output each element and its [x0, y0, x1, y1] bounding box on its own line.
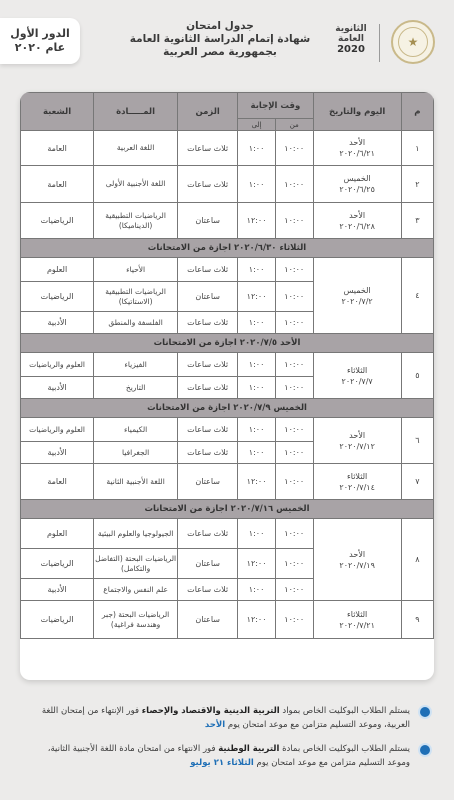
subject: الرياضيات التطبيقية (الديناميكا)	[94, 203, 178, 239]
row-num: ٩	[401, 601, 433, 639]
row-day-date: الأحد٢٠٢٠/٧/١٩	[313, 519, 401, 601]
time-from: ١٠:٠٠	[275, 353, 313, 377]
duration: ساعتان	[178, 203, 238, 239]
division: الرياضيات	[21, 549, 94, 579]
table-row: ٦ الأحد٢٠٢٠/٧/١٢ ١٠:٠٠ ١:٠٠ ثلاث ساعات ا…	[21, 418, 434, 442]
col-from: من	[275, 119, 313, 131]
time-to: ١٢:٠٠	[238, 203, 276, 239]
duration: ثلاث ساعات	[178, 377, 238, 399]
subject: التاريخ	[94, 377, 178, 399]
time-from: ١٠:٠٠	[275, 312, 313, 334]
division: العلوم	[21, 258, 94, 282]
table-row: ٤ الخميس٢٠٢٠/٧/٢ ١٠:٠٠ ١:٠٠ ثلاث ساعات ا…	[21, 258, 434, 282]
division: العامة	[21, 464, 94, 500]
row-day-date: الثلاثاء٢٠٢٠/٧/٧	[313, 353, 401, 399]
col-duration: الزمن	[178, 93, 238, 131]
time-from: ١٠:٠٠	[275, 377, 313, 399]
duration: ثلاث ساعات	[178, 166, 238, 203]
thanaweya-logo: الثانوية العامة 2020	[334, 24, 368, 56]
subject: الفيزياء	[94, 353, 178, 377]
division: الرياضيات	[21, 601, 94, 639]
row-num: ٢	[401, 166, 433, 203]
row-num: ٧	[401, 464, 433, 500]
table-row: ٨ الأحد٢٠٢٠/٧/١٩ ١٠:٠٠ ١:٠٠ ثلاث ساعات ا…	[21, 519, 434, 549]
row-day-date: الأحد٢٠٢٠/٦/٢١	[313, 131, 401, 166]
table-row: ٢ الخميس٢٠٢٠/٦/٢٥ ١٠:٠٠ ١:٠٠ ثلاث ساعات …	[21, 166, 434, 203]
col-subject: المـــــادة	[94, 93, 178, 131]
notes-section: يستلم الطلاب البوكليت الخاص بمواد التربي…	[30, 704, 430, 780]
col-division: الشعبة	[21, 93, 94, 131]
time-to: ١٢:٠٠	[238, 282, 276, 312]
eagle-icon: ★	[398, 27, 428, 57]
title-line-2: شهادة إتمام الدراسة الثانوية العامة	[120, 33, 320, 46]
time-to: ١:٠٠	[238, 131, 276, 166]
col-answer-time: وقت الإجابة	[238, 93, 313, 119]
time-to: ١:٠٠	[238, 353, 276, 377]
row-num: ٦	[401, 418, 433, 464]
duration: ثلاث ساعات	[178, 442, 238, 464]
holiday-label: الخميس ٢٠٢٠/٧/١٦ اجازة من الامتحانات	[21, 500, 434, 519]
round-label: الدور الأول	[10, 27, 70, 41]
row-day-date: الخميس٢٠٢٠/٦/٢٥	[313, 166, 401, 203]
time-to: ١:٠٠	[238, 579, 276, 601]
time-from: ١٠:٠٠	[275, 258, 313, 282]
table-row: ١ الأحد٢٠٢٠/٦/٢١ ١٠:٠٠ ١:٠٠ ثلاث ساعات ا…	[21, 131, 434, 166]
time-to: ١:٠٠	[238, 418, 276, 442]
schedule-card: م اليوم والتاريخ وقت الإجابة الزمن المــ…	[20, 92, 434, 680]
time-from: ١٠:٠٠	[275, 442, 313, 464]
col-day-date: اليوم والتاريخ	[313, 93, 401, 131]
row-day-date: الأحد٢٠٢٠/٧/١٢	[313, 418, 401, 464]
row-num: ٨	[401, 519, 433, 601]
note-text: يستلم الطلاب البوكليت الخاص بمواد التربي…	[30, 704, 410, 732]
division: الرياضيات	[21, 203, 94, 239]
time-from: ١٠:٠٠	[275, 549, 313, 579]
round-year: عام ٢٠٢٠	[15, 41, 65, 55]
division: العلوم	[21, 519, 94, 549]
table-row: ٩ الثلاثاء٢٠٢٠/٧/٢١ ١٠:٠٠ ١٢:٠٠ ساعتان ا…	[21, 601, 434, 639]
time-from: ١٠:٠٠	[275, 464, 313, 500]
subject: الجغرافيا	[94, 442, 178, 464]
holiday-label: الخميس ٢٠٢٠/٧/٩ اجازة من الامتحانات	[21, 399, 434, 418]
holiday-label: الأحد ٢٠٢٠/٧/٥ اجازة من الامتحانات	[21, 334, 434, 353]
time-from: ١٠:٠٠	[275, 601, 313, 639]
time-to: ١:٠٠	[238, 258, 276, 282]
division: العلوم والرياضيات	[21, 353, 94, 377]
row-day-date: الثلاثاء٢٠٢٠/٧/٢١	[313, 601, 401, 639]
row-day-date: الخميس٢٠٢٠/٧/٢	[313, 258, 401, 334]
page-title: جدول امتحان شهادة إتمام الدراسة الثانوية…	[120, 20, 320, 59]
time-from: ١٠:٠٠	[275, 418, 313, 442]
time-from: ١٠:٠٠	[275, 203, 313, 239]
subject: الجيولوجيا والعلوم البيئية	[94, 519, 178, 549]
division: الأدبية	[21, 312, 94, 334]
time-from: ١٠:٠٠	[275, 282, 313, 312]
bullet-icon	[420, 707, 430, 717]
duration: ساعتان	[178, 464, 238, 500]
time-to: ١:٠٠	[238, 377, 276, 399]
subject: اللغة الأجنبية الثانية	[94, 464, 178, 500]
duration: ساعتان	[178, 601, 238, 639]
duration: ثلاث ساعات	[178, 579, 238, 601]
duration: ساعتان	[178, 282, 238, 312]
row-day-date: الأحد٢٠٢٠/٦/٢٨	[313, 203, 401, 239]
exam-round-badge: الدور الأول عام ٢٠٢٠	[0, 18, 80, 64]
col-to: إلى	[238, 119, 276, 131]
subject: الرياضيات البحتة (جبر وهندسة فراغية)	[94, 601, 178, 639]
duration: ساعتان	[178, 549, 238, 579]
title-line-1: جدول امتحان	[120, 20, 320, 33]
division: الأدبية	[21, 442, 94, 464]
holiday-row: الخميس ٢٠٢٠/٧/٩ اجازة من الامتحانات	[21, 399, 434, 418]
note-item: يستلم الطلاب البوكليت الخاص بمواد التربي…	[30, 704, 430, 732]
time-to: ١:٠٠	[238, 166, 276, 203]
time-to: ١:٠٠	[238, 442, 276, 464]
ministry-seal-icon: ★	[391, 20, 435, 64]
holiday-label: الثلاثاء ٢٠٢٠/٦/٣٠ اجازة من الامتحانات	[21, 239, 434, 258]
row-num: ٣	[401, 203, 433, 239]
table-row: ٣ الأحد٢٠٢٠/٦/٢٨ ١٠:٠٠ ١٢:٠٠ ساعتان الري…	[21, 203, 434, 239]
time-from: ١٠:٠٠	[275, 131, 313, 166]
duration: ثلاث ساعات	[178, 418, 238, 442]
row-num: ١	[401, 131, 433, 166]
subject: علم النفس والاجتماع	[94, 579, 178, 601]
duration: ثلاث ساعات	[178, 258, 238, 282]
exam-schedule-table: م اليوم والتاريخ وقت الإجابة الزمن المــ…	[20, 92, 434, 639]
subject: اللغة العربية	[94, 131, 178, 166]
brand-text: الثانوية العامة	[334, 24, 368, 44]
note-item: يستلم الطلاب البوكليت الخاص بمادة التربي…	[30, 742, 430, 770]
time-from: ١٠:٠٠	[275, 166, 313, 203]
header-divider	[379, 24, 380, 62]
time-to: ١:٠٠	[238, 519, 276, 549]
note-text: يستلم الطلاب البوكليت الخاص بمادة التربي…	[30, 742, 410, 770]
duration: ثلاث ساعات	[178, 312, 238, 334]
division: الرياضيات	[21, 282, 94, 312]
division: العامة	[21, 131, 94, 166]
subject: الرياضيات التطبيقية (الاستاتيكا)	[94, 282, 178, 312]
subject: اللغة الأجنبية الأولى	[94, 166, 178, 203]
row-num: ٤	[401, 258, 433, 334]
time-to: ١٢:٠٠	[238, 549, 276, 579]
row-num: ٥	[401, 353, 433, 399]
holiday-row: الأحد ٢٠٢٠/٧/٥ اجازة من الامتحانات	[21, 334, 434, 353]
duration: ثلاث ساعات	[178, 519, 238, 549]
division: الأدبية	[21, 579, 94, 601]
bullet-icon	[420, 745, 430, 755]
time-to: ١٢:٠٠	[238, 464, 276, 500]
col-num: م	[401, 93, 433, 131]
page-header: الدور الأول عام ٢٠٢٠ جدول امتحان شهادة إ…	[0, 0, 454, 82]
duration: ثلاث ساعات	[178, 131, 238, 166]
title-line-3: بجمهورية مصر العربية	[120, 46, 320, 59]
subject: الكيمياء	[94, 418, 178, 442]
table-row: ٧ الثلاثاء٢٠٢٠/٧/١٤ ١٠:٠٠ ١٢:٠٠ ساعتان ا…	[21, 464, 434, 500]
duration: ثلاث ساعات	[178, 353, 238, 377]
holiday-row: الخميس ٢٠٢٠/٧/١٦ اجازة من الامتحانات	[21, 500, 434, 519]
brand-year: 2020	[334, 44, 368, 56]
subject: الرياضيات البحتة (التفاضل والتكامل)	[94, 549, 178, 579]
time-from: ١٠:٠٠	[275, 519, 313, 549]
subject: الفلسفة والمنطق	[94, 312, 178, 334]
time-to: ١:٠٠	[238, 312, 276, 334]
holiday-row: الثلاثاء ٢٠٢٠/٦/٣٠ اجازة من الامتحانات	[21, 239, 434, 258]
time-to: ١٢:٠٠	[238, 601, 276, 639]
division: الأدبية	[21, 377, 94, 399]
row-day-date: الثلاثاء٢٠٢٠/٧/١٤	[313, 464, 401, 500]
table-row: ٥ الثلاثاء٢٠٢٠/٧/٧ ١٠:٠٠ ١:٠٠ ثلاث ساعات…	[21, 353, 434, 377]
division: العامة	[21, 166, 94, 203]
division: العلوم والرياضيات	[21, 418, 94, 442]
time-from: ١٠:٠٠	[275, 579, 313, 601]
subject: الأحياء	[94, 258, 178, 282]
